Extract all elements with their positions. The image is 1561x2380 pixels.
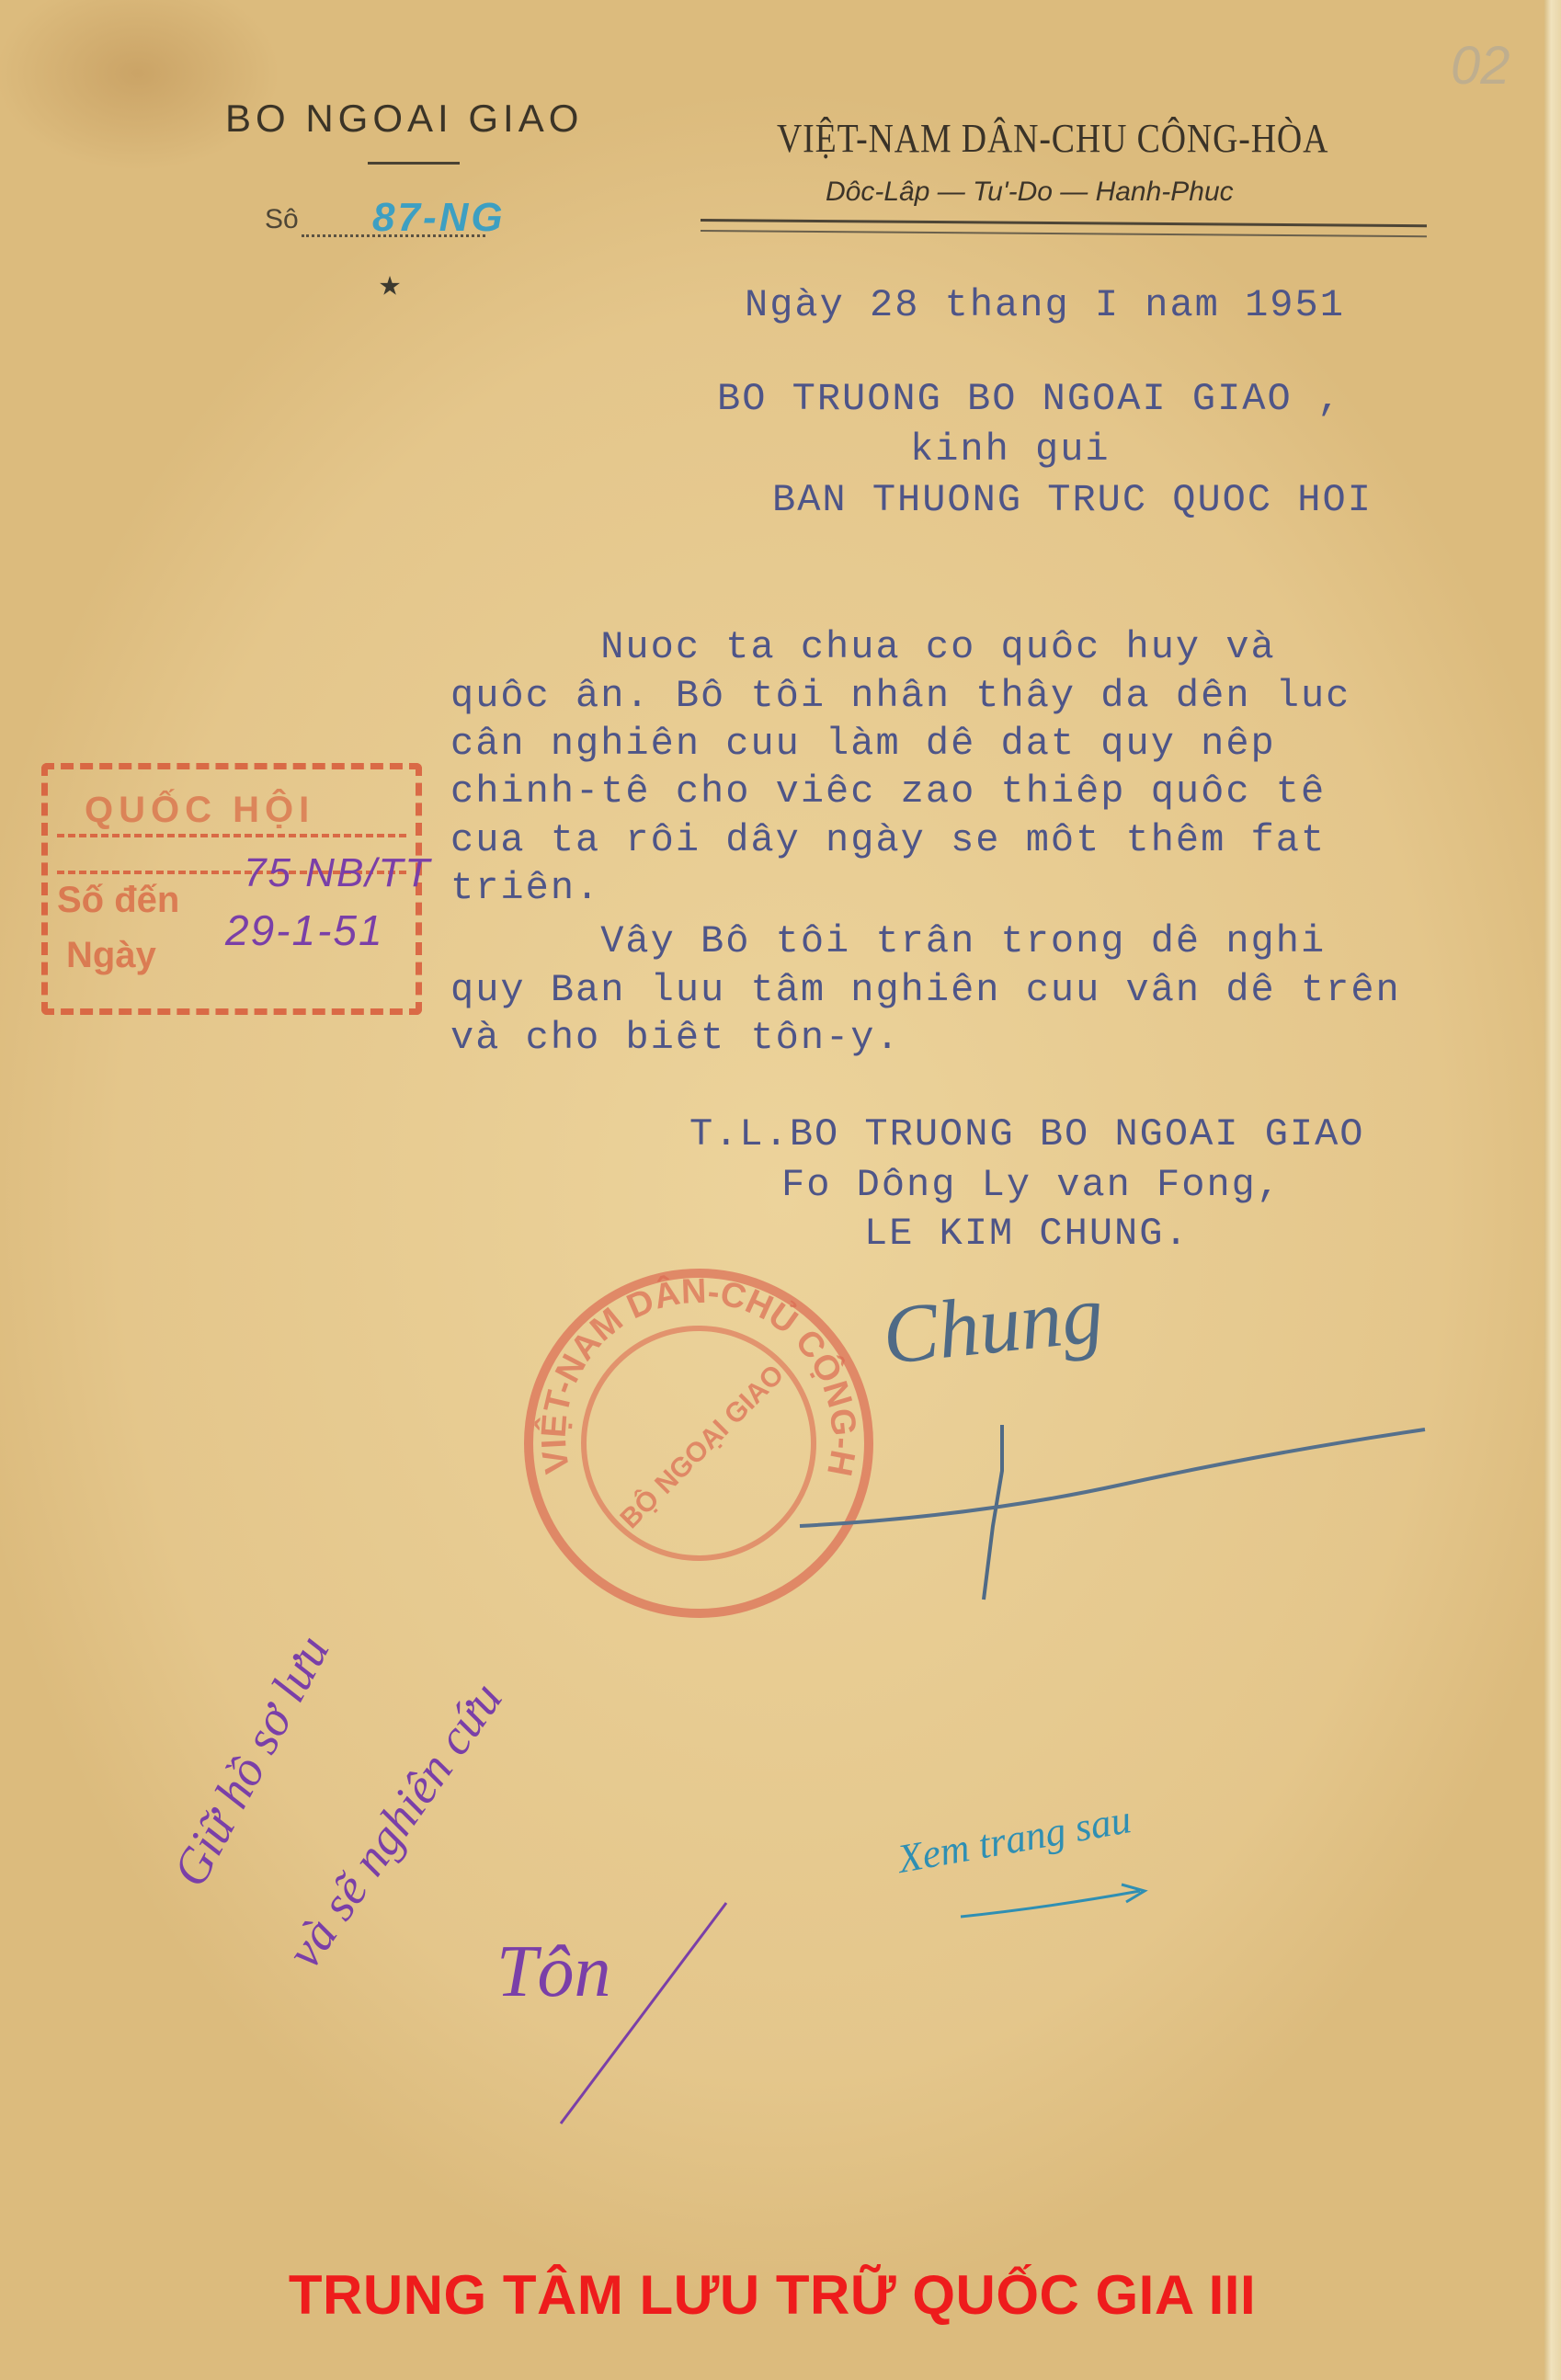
body-line: quy Ban luu tâm nghiên cuu vân dê trên <box>450 968 1401 1012</box>
margin-note-line1: Giữ hồ sơ lưu <box>161 1626 340 1896</box>
body-line: và cho biêt tôn-y. <box>450 1016 901 1060</box>
archive-watermark: TRUNG TÂM LƯU TRỮ QUỐC GIA III <box>0 2263 1544 2327</box>
stamp-title: QUỐC HỘI <box>85 790 314 831</box>
body-line: Nuoc ta chua co quôc huy và <box>450 625 1276 669</box>
number-label: Sô <box>265 204 299 235</box>
handwritten-signature: Chung <box>878 1267 1107 1384</box>
blue-arrow-icon <box>956 1880 1158 1926</box>
document-page: 02 BO NGOAI GIAO Sô 87-NG ★ VIỆT-NAM DÂN… <box>0 0 1544 2380</box>
stamp-handwritten-date: 29-1-51 <box>225 905 384 955</box>
star-icon: ★ <box>379 262 401 307</box>
document-number: 87-NG <box>372 195 506 241</box>
paper-edge <box>1544 0 1561 2380</box>
header-rule <box>701 219 1427 227</box>
stamp-divider <box>57 834 406 837</box>
blue-margin-note: Xem trang sau <box>894 1795 1135 1883</box>
header-rule-secondary <box>701 230 1427 237</box>
body-line: cua ta rôi dây ngày se môt thêm fat <box>450 818 1326 862</box>
signature-flourish <box>791 1416 1434 1627</box>
body-line: quôc ân. Bô tôi nhân thây da dên luc <box>450 674 1350 718</box>
signature-title: T.L.BO TRUONG BO NGOAI GIAO <box>689 1112 1365 1156</box>
stamp-date-label: Ngày <box>66 935 156 976</box>
seal-inner-text: BỘ NGOẠI GIAO <box>614 1359 790 1534</box>
salutation-verb: kinh gui <box>910 427 1111 472</box>
body-line: triên. <box>450 866 600 910</box>
stamp-number-label: Số đến <box>57 880 179 921</box>
body-line: Vây Bô tôi trân trong dê nghi <box>450 919 1326 963</box>
stamp-handwritten-number: 75 NB/TT <box>244 850 431 896</box>
ministry-underline <box>368 162 460 165</box>
ministry-name: BO NGOAI GIAO <box>225 97 583 141</box>
page-number-mark: 02 <box>1451 35 1510 97</box>
signature-position: Fo Dông Ly van Fong, <box>781 1163 1282 1207</box>
purple-stroke <box>552 1894 735 2133</box>
signatory-name: LE KIM CHUNG. <box>864 1212 1190 1256</box>
body-line: chinh-tê cho viêc zao thiêp quôc tê <box>450 769 1326 814</box>
sender-line: BO TRUONG BO NGOAI GIAO , <box>717 377 1342 421</box>
recipient-line: BAN THUONG TRUC QUOC HOI <box>772 478 1373 522</box>
date-line: Ngày 28 thang I nam 1951 <box>745 283 1345 327</box>
purple-margin-note: Giữ hồ sơ lưu và sẽ nghiên cứu Tôn <box>202 1618 717 2114</box>
republic-motto: Dôc-Lâp — Tu'-Do — Hanh-Phuc <box>826 177 1234 208</box>
republic-title: VIỆT-NAM DÂN-CHU CÔNG-HÒA <box>777 115 1328 162</box>
margin-note-line2: và sẽ nghiên cứu <box>275 1671 513 1978</box>
body-line: cân nghiên cuu làm dê dat quy nêp <box>450 722 1276 766</box>
